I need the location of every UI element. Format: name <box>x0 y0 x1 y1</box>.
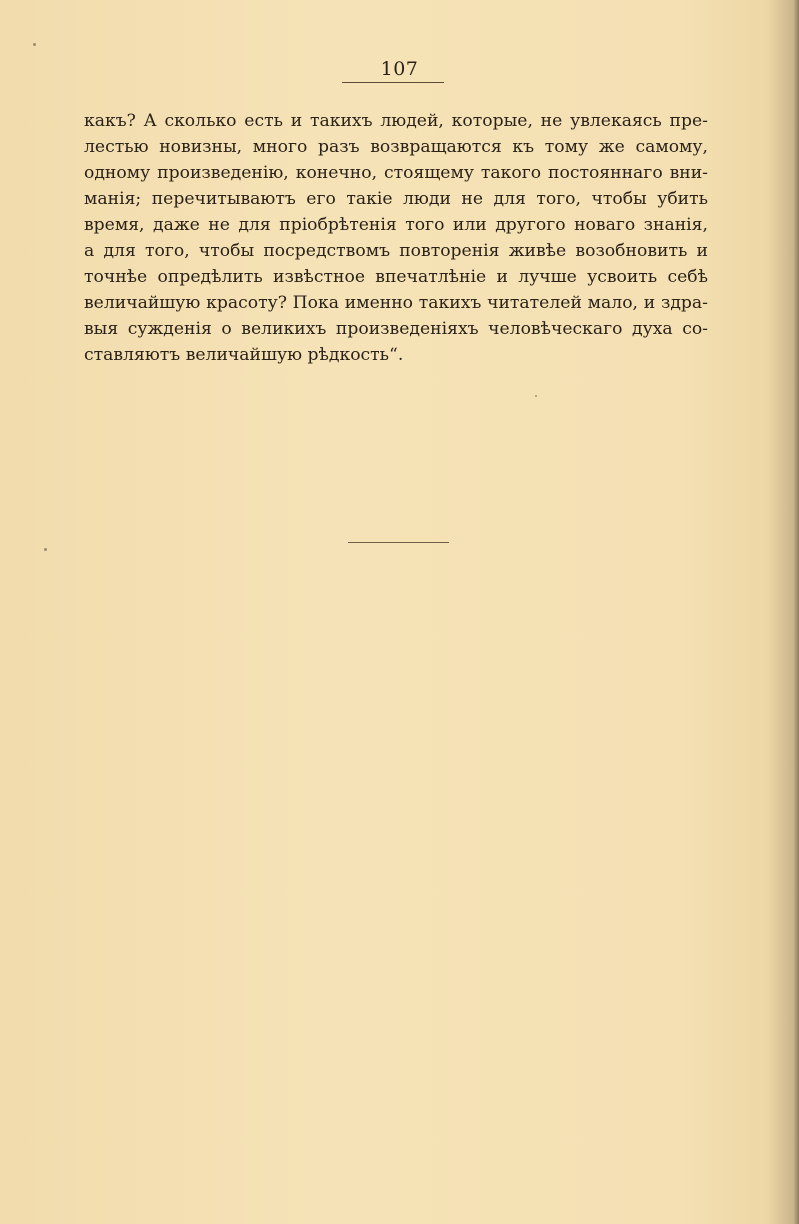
paper-speck <box>44 548 47 551</box>
book-page: 107 какъ? А сколько есть и такихъ людей,… <box>0 0 799 1224</box>
text-line: выя сужденія о великихъ произведеніяхъ ч… <box>84 316 708 342</box>
text-line: лестью новизны, много разъ возвращаются … <box>84 134 708 160</box>
text-line: точнѣе опредѣлить извѣстное впечатлѣніе … <box>84 264 708 290</box>
text-line: манія; перечитываютъ его такіе люди не д… <box>84 186 708 212</box>
text-line: ставляютъ величайшую рѣдкость“. <box>84 342 708 368</box>
text-line: одному произведенію, конечно, стоящему т… <box>84 160 708 186</box>
text-line: время, даже не для пріобрѣтенія того или… <box>84 212 708 238</box>
text-line: а для того, чтобы посредствомъ повторені… <box>84 238 708 264</box>
body-paragraph: какъ? А сколько есть и такихъ людей, кот… <box>84 108 708 368</box>
header-rule <box>342 82 444 83</box>
paper-speck <box>33 43 36 46</box>
section-end-rule <box>348 542 449 543</box>
text-line: какъ? А сколько есть и такихъ людей, кот… <box>84 108 708 134</box>
page-number: 107 <box>0 58 799 80</box>
paper-speck <box>535 395 537 397</box>
text-line: величайшую красоту? Пока именно такихъ ч… <box>84 290 708 316</box>
